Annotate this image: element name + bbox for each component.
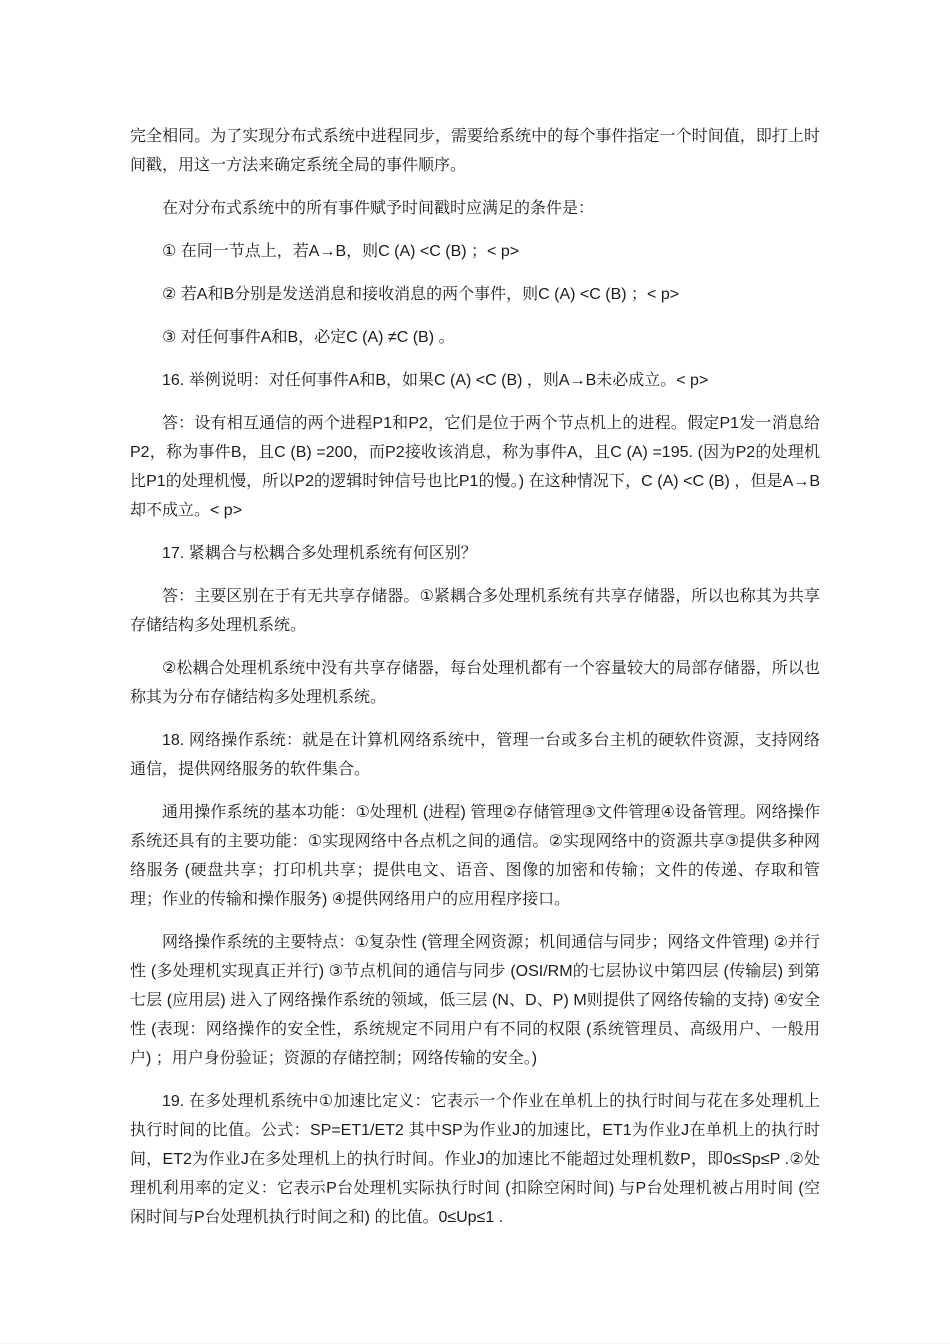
paragraph: 19. 在多处理机系统中①加速比定义：它表示一个作业在单机上的执行时间与花在多处… <box>130 1087 820 1232</box>
document-page: 完全相同。为了实现分布式系统中进程同步，需要给系统中的每个事件指定一个时间值，即… <box>0 0 950 1344</box>
paragraph: 18. 网络操作系统：就是在计算机网络系统中，管理一台或多台主机的硬软件资源，支… <box>130 726 820 784</box>
paragraph: ② 若A和B分别是发送消息和接收消息的两个事件，则C (A) <C (B) ；<… <box>130 280 820 309</box>
paragraph: ① 在同一节点上，若A→B，则C (A) <C (B) ；< p> <box>130 237 820 266</box>
paragraph: ②松耦合处理机系统中没有共享存储器，每台处理机都有一个容量较大的局部存储器，所以… <box>130 654 820 712</box>
paragraph: 17. 紧耦合与松耦合多处理机系统有何区别？ <box>130 539 820 568</box>
paragraph: 完全相同。为了实现分布式系统中进程同步，需要给系统中的每个事件指定一个时间值，即… <box>130 122 820 180</box>
paragraph: 答：设有相互通信的两个进程P1和P2，它们是位于两个节点机上的进程。假定P1发一… <box>130 409 820 525</box>
paragraph: 通用操作系统的基本功能：①处理机 (进程) 管理②存储管理③文件管理④设备管理。… <box>130 798 820 914</box>
paragraph: 网络操作系统的主要特点：①复杂性 (管理全网资源；机间通信与同步；网络文件管理)… <box>130 928 820 1073</box>
paragraph: 在对分布式系统中的所有事件赋予时间戳时应满足的条件是： <box>130 194 820 223</box>
paragraph: ③ 对任何事件A和B，必定C (A) ≠C (B) 。 <box>130 323 820 352</box>
paragraph: 答：主要区别在于有无共享存储器。①紧耦合多处理机系统有共享存储器，所以也称其为共… <box>130 582 820 640</box>
paragraph: 16. 举例说明：对任何事件A和B，如果C (A) <C (B) ，则A→B未必… <box>130 366 820 395</box>
